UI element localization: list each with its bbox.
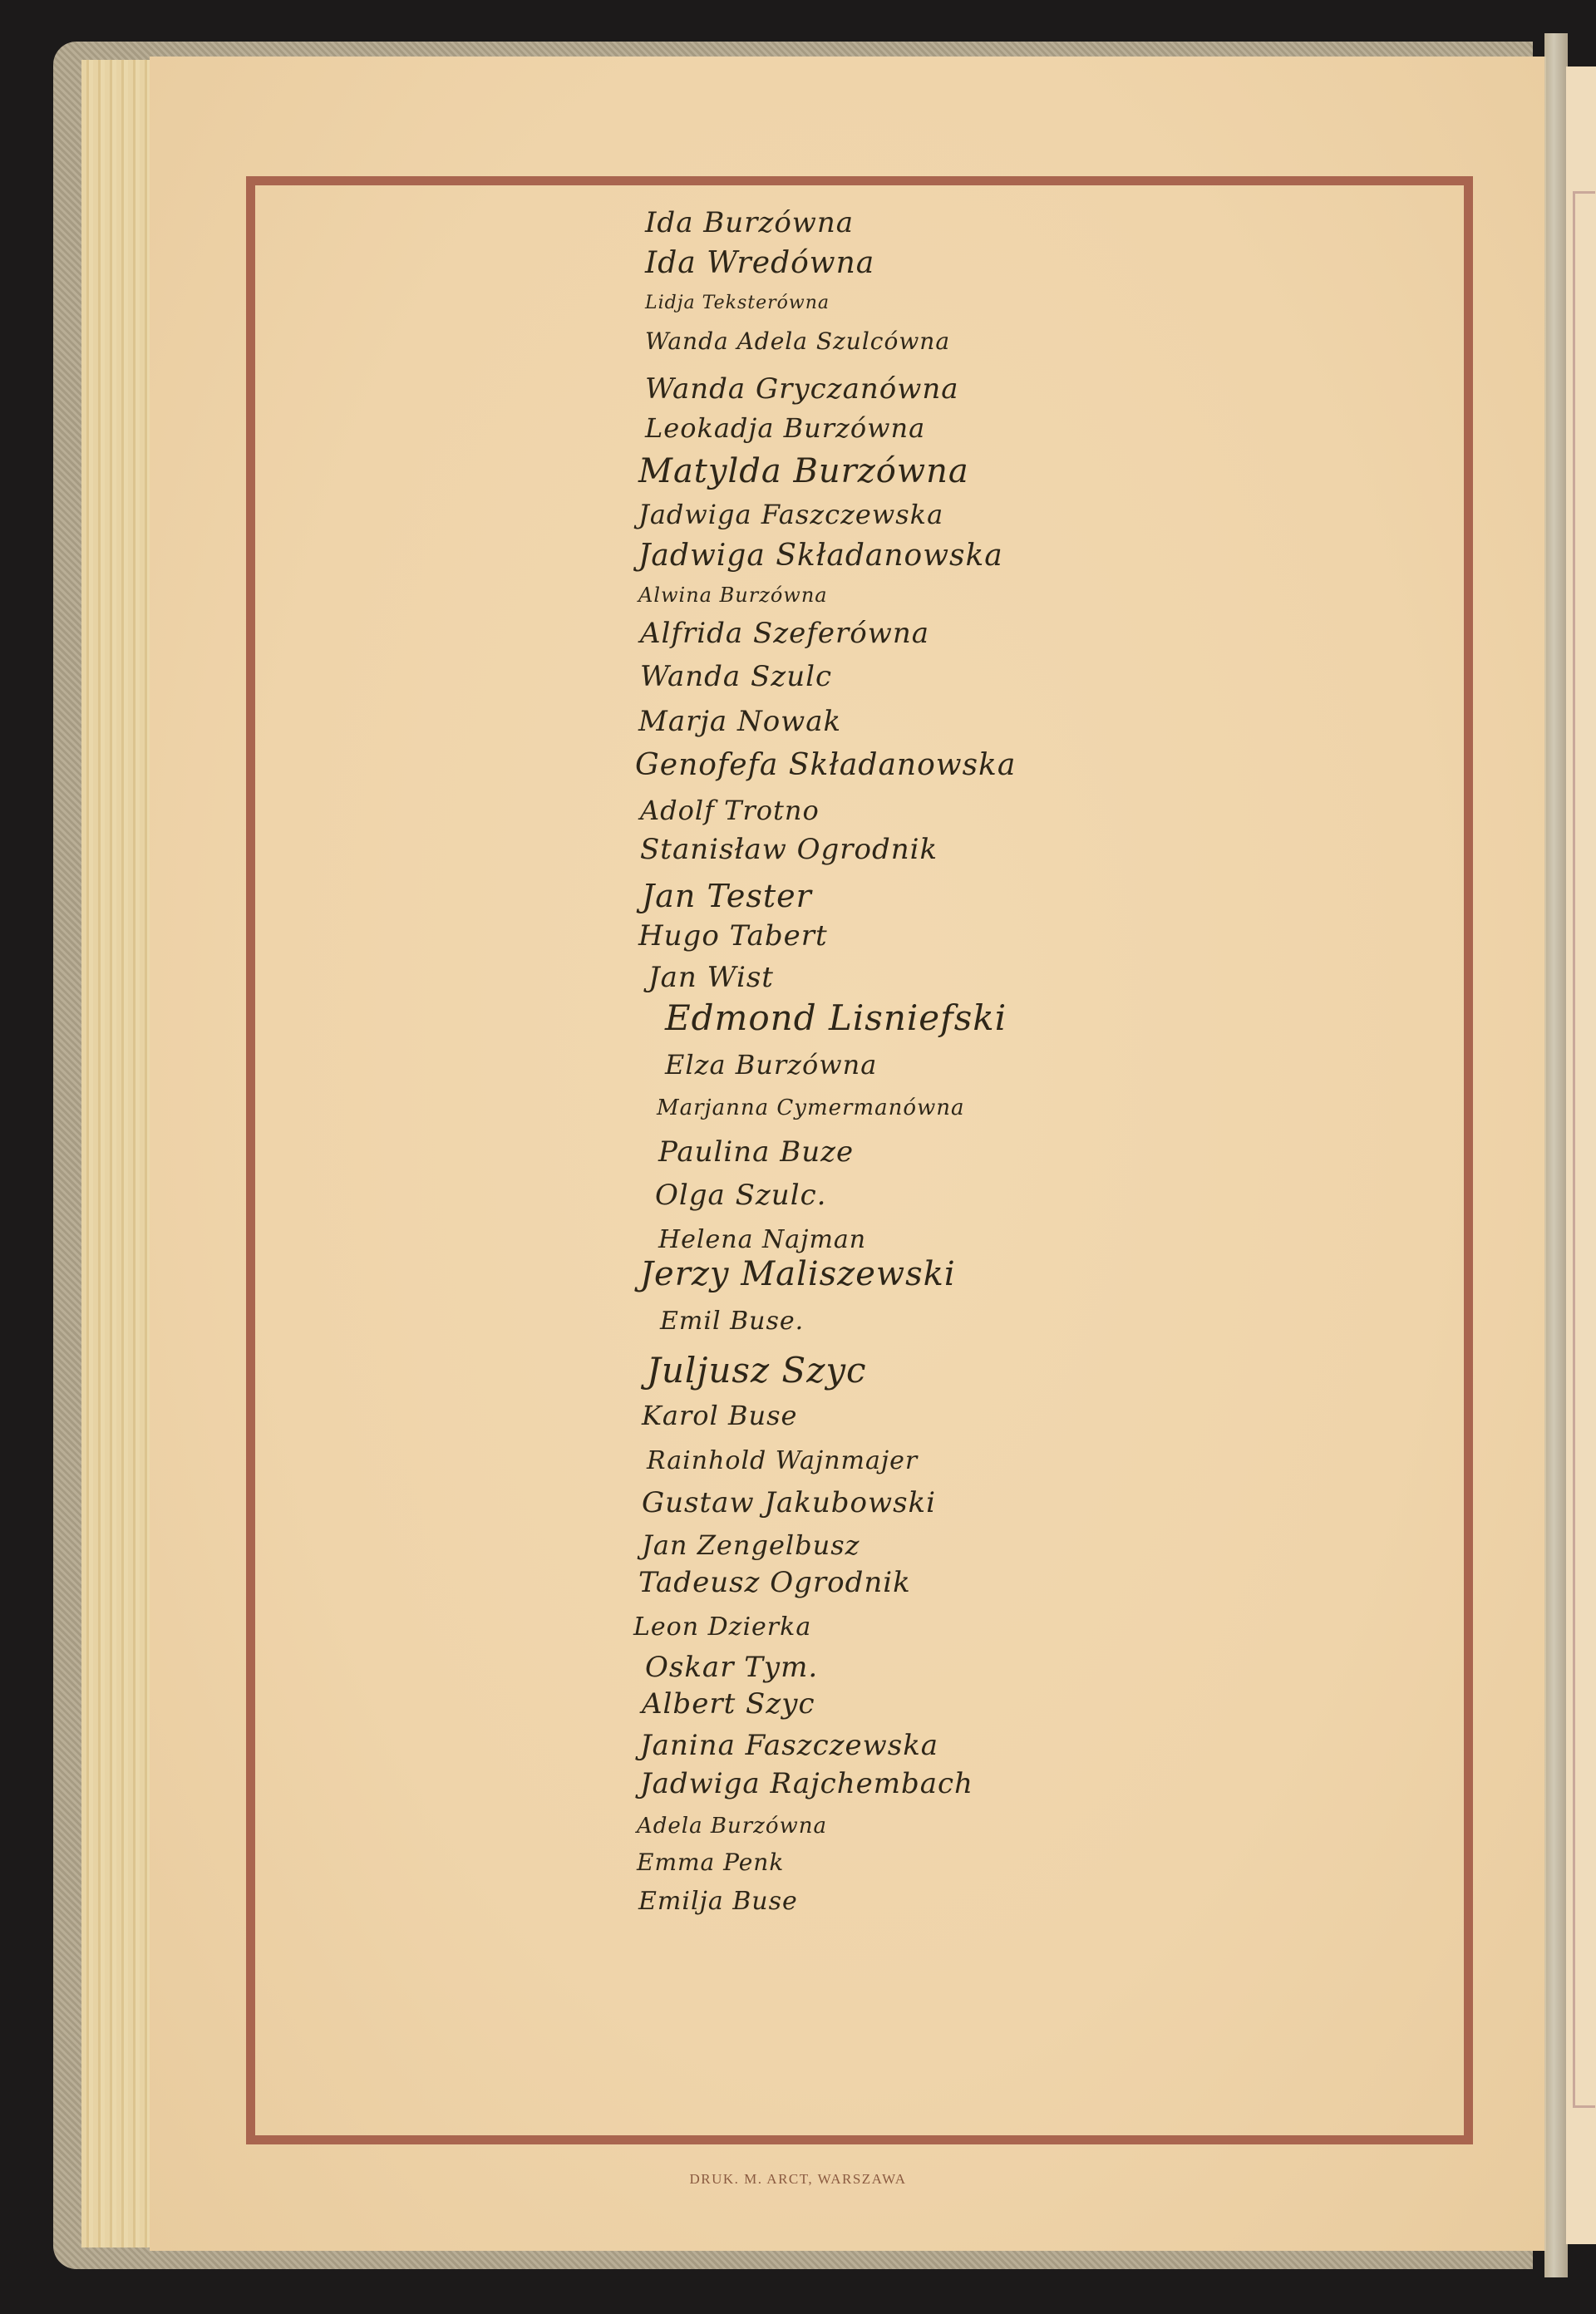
signature: Matylda Burzówna [638, 452, 969, 490]
signature: Hugo Tabert [638, 919, 828, 953]
signature: Lidja Teksterówna [645, 293, 830, 313]
signature: Helena Najman [658, 1225, 866, 1254]
printer-imprint: DRUK. M. ARCT, WARSZAWA [0, 2171, 1596, 2188]
signature: Wanda Gryczanówna [645, 372, 959, 406]
signature: Emilja Buse [638, 1887, 798, 1916]
signature: Jadwiga Składanowska [638, 539, 1003, 573]
signature: Rainhold Wajnmajer [647, 1446, 918, 1475]
signature: Emil Buse. [660, 1307, 804, 1336]
signature: Genofefa Składanowska [635, 748, 1016, 782]
signature: Olga Szulc. [655, 1179, 826, 1212]
signature: Jadwiga Faszczewska [638, 499, 943, 530]
signature: Alfrida Szeferówna [640, 617, 929, 650]
signature: Stanisław Ogrodnik [640, 833, 938, 866]
signature: Adolf Trotno [640, 795, 820, 826]
signature: Elza Burzówna [665, 1049, 877, 1081]
signature: Jadwiga Rajchembach [640, 1767, 973, 1800]
signature: Leon Dzierka [633, 1612, 811, 1642]
signature: Gustaw Jakubowski [642, 1486, 936, 1519]
signature-list: Ida BurzównaIda WredównaLidja Teksterówn… [0, 0, 1596, 2314]
signature: Karol Buse [642, 1400, 797, 1431]
signature: Oskar Tym. [645, 1651, 818, 1684]
signature: Jan Wist [648, 961, 774, 994]
signature: Jan Zengelbusz [642, 1529, 860, 1561]
signature: Leokadja Burzówna [645, 412, 925, 444]
signature: Janina Faszczewska [640, 1729, 938, 1762]
signature: Juljusz Szyc [647, 1350, 867, 1391]
signature: Albert Szyc [642, 1687, 815, 1721]
signature: Alwina Burzówna [638, 583, 828, 607]
signature: Marjanna Cymermanówna [657, 1095, 964, 1120]
signature: Marja Nowak [638, 705, 841, 738]
signature: Tadeusz Ogrodnik [638, 1566, 911, 1599]
signature: Ida Burzówna [645, 206, 854, 239]
signature: Emma Penk [637, 1849, 784, 1876]
signature: Edmond Lisniefski [665, 997, 1007, 1038]
signature: Ida Wredówna [645, 246, 874, 280]
signature: Jan Tester [642, 878, 812, 914]
signature: Wanda Szulc [640, 660, 832, 693]
signature: Adela Burzówna [637, 1814, 827, 1839]
signature: Paulina Buze [658, 1135, 854, 1169]
signature: Wanda Adela Szulcówna [645, 327, 950, 355]
signature: Jerzy Maliszewski [640, 1255, 956, 1293]
